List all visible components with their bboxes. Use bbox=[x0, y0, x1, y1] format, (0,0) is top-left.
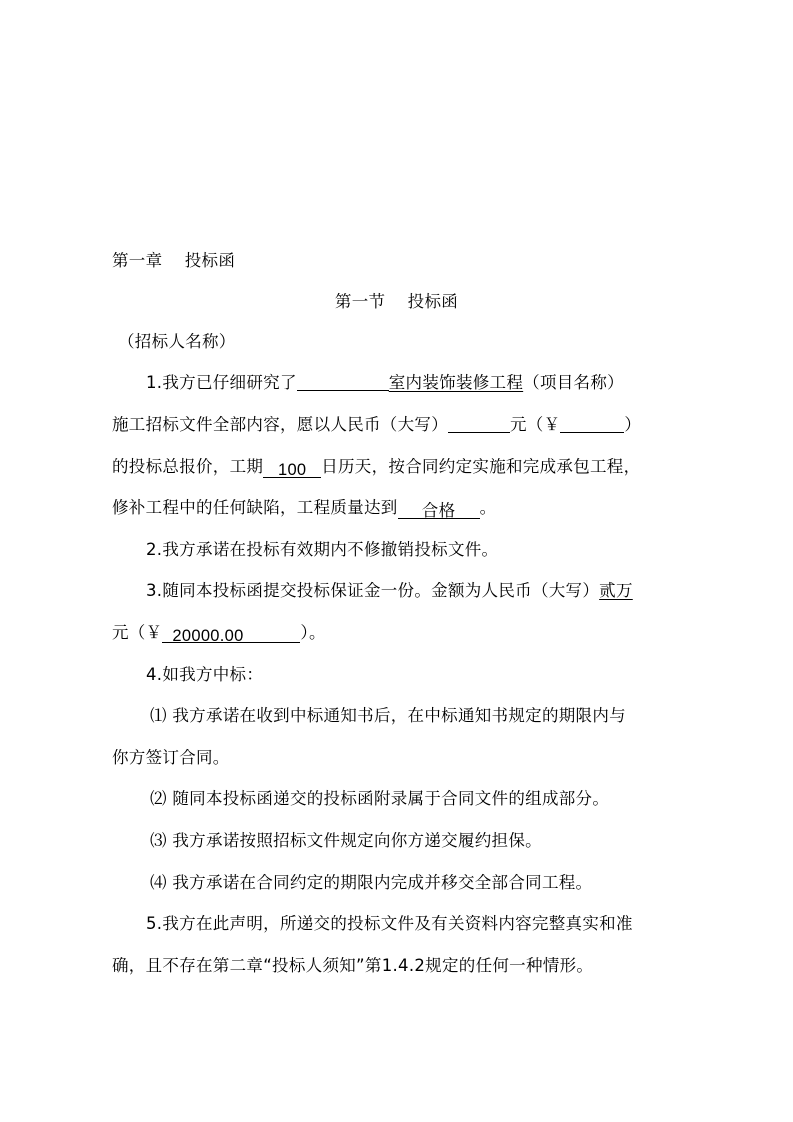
amount-words-field bbox=[448, 414, 510, 433]
close-paren: ） bbox=[624, 415, 641, 434]
item5-line2: 确，且不存在第二章“投标人须知”第1.4.2规定的任何一种情形。 bbox=[112, 955, 593, 977]
item4-sub4: ⑷ 我方承诺在合同约定的期限内完成并移交全部合同工程。 bbox=[150, 872, 592, 894]
item1-line2-prefix: 施工招标文件全部内容，愿以人民币（大写） bbox=[112, 415, 448, 434]
item4-sub3: ⑶ 我方承诺按照招标文件规定向你方递交履约担保。 bbox=[150, 830, 542, 852]
item1-line4-prefix: 修补工程中的任何缺陷，工程质量达到 bbox=[112, 498, 398, 517]
item1-line3: 的投标总报价，工期100日历天，按合同约定实施和完成承包工程， bbox=[112, 456, 640, 478]
item5-line1: 5.我方在此声明，所递交的投标文件及有关资料内容完整真实和准 bbox=[146, 913, 633, 935]
item4-sub1-line2: 你方签订合同。 bbox=[112, 747, 230, 769]
item1-line4: 修补工程中的任何缺陷，工程质量达到合格。 bbox=[112, 497, 496, 519]
project-name-blank bbox=[297, 372, 389, 391]
item3-line2: 元（￥20000.00）。 bbox=[112, 622, 326, 644]
item3-line2-suffix: ）。 bbox=[300, 623, 325, 642]
addressee: （招标人名称） bbox=[118, 331, 236, 353]
section-title: 第一节 投标函 bbox=[0, 291, 793, 313]
project-label: （项目名称） bbox=[523, 373, 624, 392]
item4-sub1-line1: ⑴ 我方承诺在收到中标通知书后，在中标通知书规定的期限内与 bbox=[150, 705, 626, 727]
amount-figures-field bbox=[560, 414, 624, 433]
item4-sub2: ⑵ 随同本投标函递交的投标函附录属于合同文件的组成部分。 bbox=[150, 788, 609, 810]
bond-amount-figures: 20000.00 bbox=[162, 625, 300, 643]
chapter-title: 第一章 投标函 bbox=[112, 250, 235, 272]
quality-field: 合格 bbox=[398, 500, 480, 519]
item1-line3-suffix: 日历天，按合同约定实施和完成承包工程， bbox=[321, 457, 640, 476]
item3-prefix: 3.随同本投标函提交投标保证金一份。金额为人民币（大写） bbox=[146, 581, 599, 600]
item3-line1: 3.随同本投标函提交投标保证金一份。金额为人民币（大写）贰万 bbox=[146, 580, 633, 602]
item4-heading: 4.如我方中标： bbox=[146, 664, 263, 686]
item1-line3-prefix: 的投标总报价，工期 bbox=[112, 457, 263, 476]
item3-line2-prefix: 元（￥ bbox=[112, 623, 162, 642]
item1-line4-suffix: 。 bbox=[480, 498, 497, 517]
item1-prefix: 1.我方已仔细研究了 bbox=[146, 373, 297, 392]
project-name: 室内装饰装修工程 bbox=[389, 373, 523, 392]
duration-field: 100 bbox=[263, 459, 321, 478]
bond-amount-words: 贰万 bbox=[599, 581, 633, 600]
yuan-label: 元（￥ bbox=[510, 415, 560, 434]
item1-line2: 施工招标文件全部内容，愿以人民币（大写）元（￥） bbox=[112, 414, 641, 436]
item1-line1: 1.我方已仔细研究了室内装饰装修工程（项目名称） bbox=[146, 372, 624, 394]
item2: 2.我方承诺在投标有效期内不修撤销投标文件。 bbox=[146, 539, 498, 561]
